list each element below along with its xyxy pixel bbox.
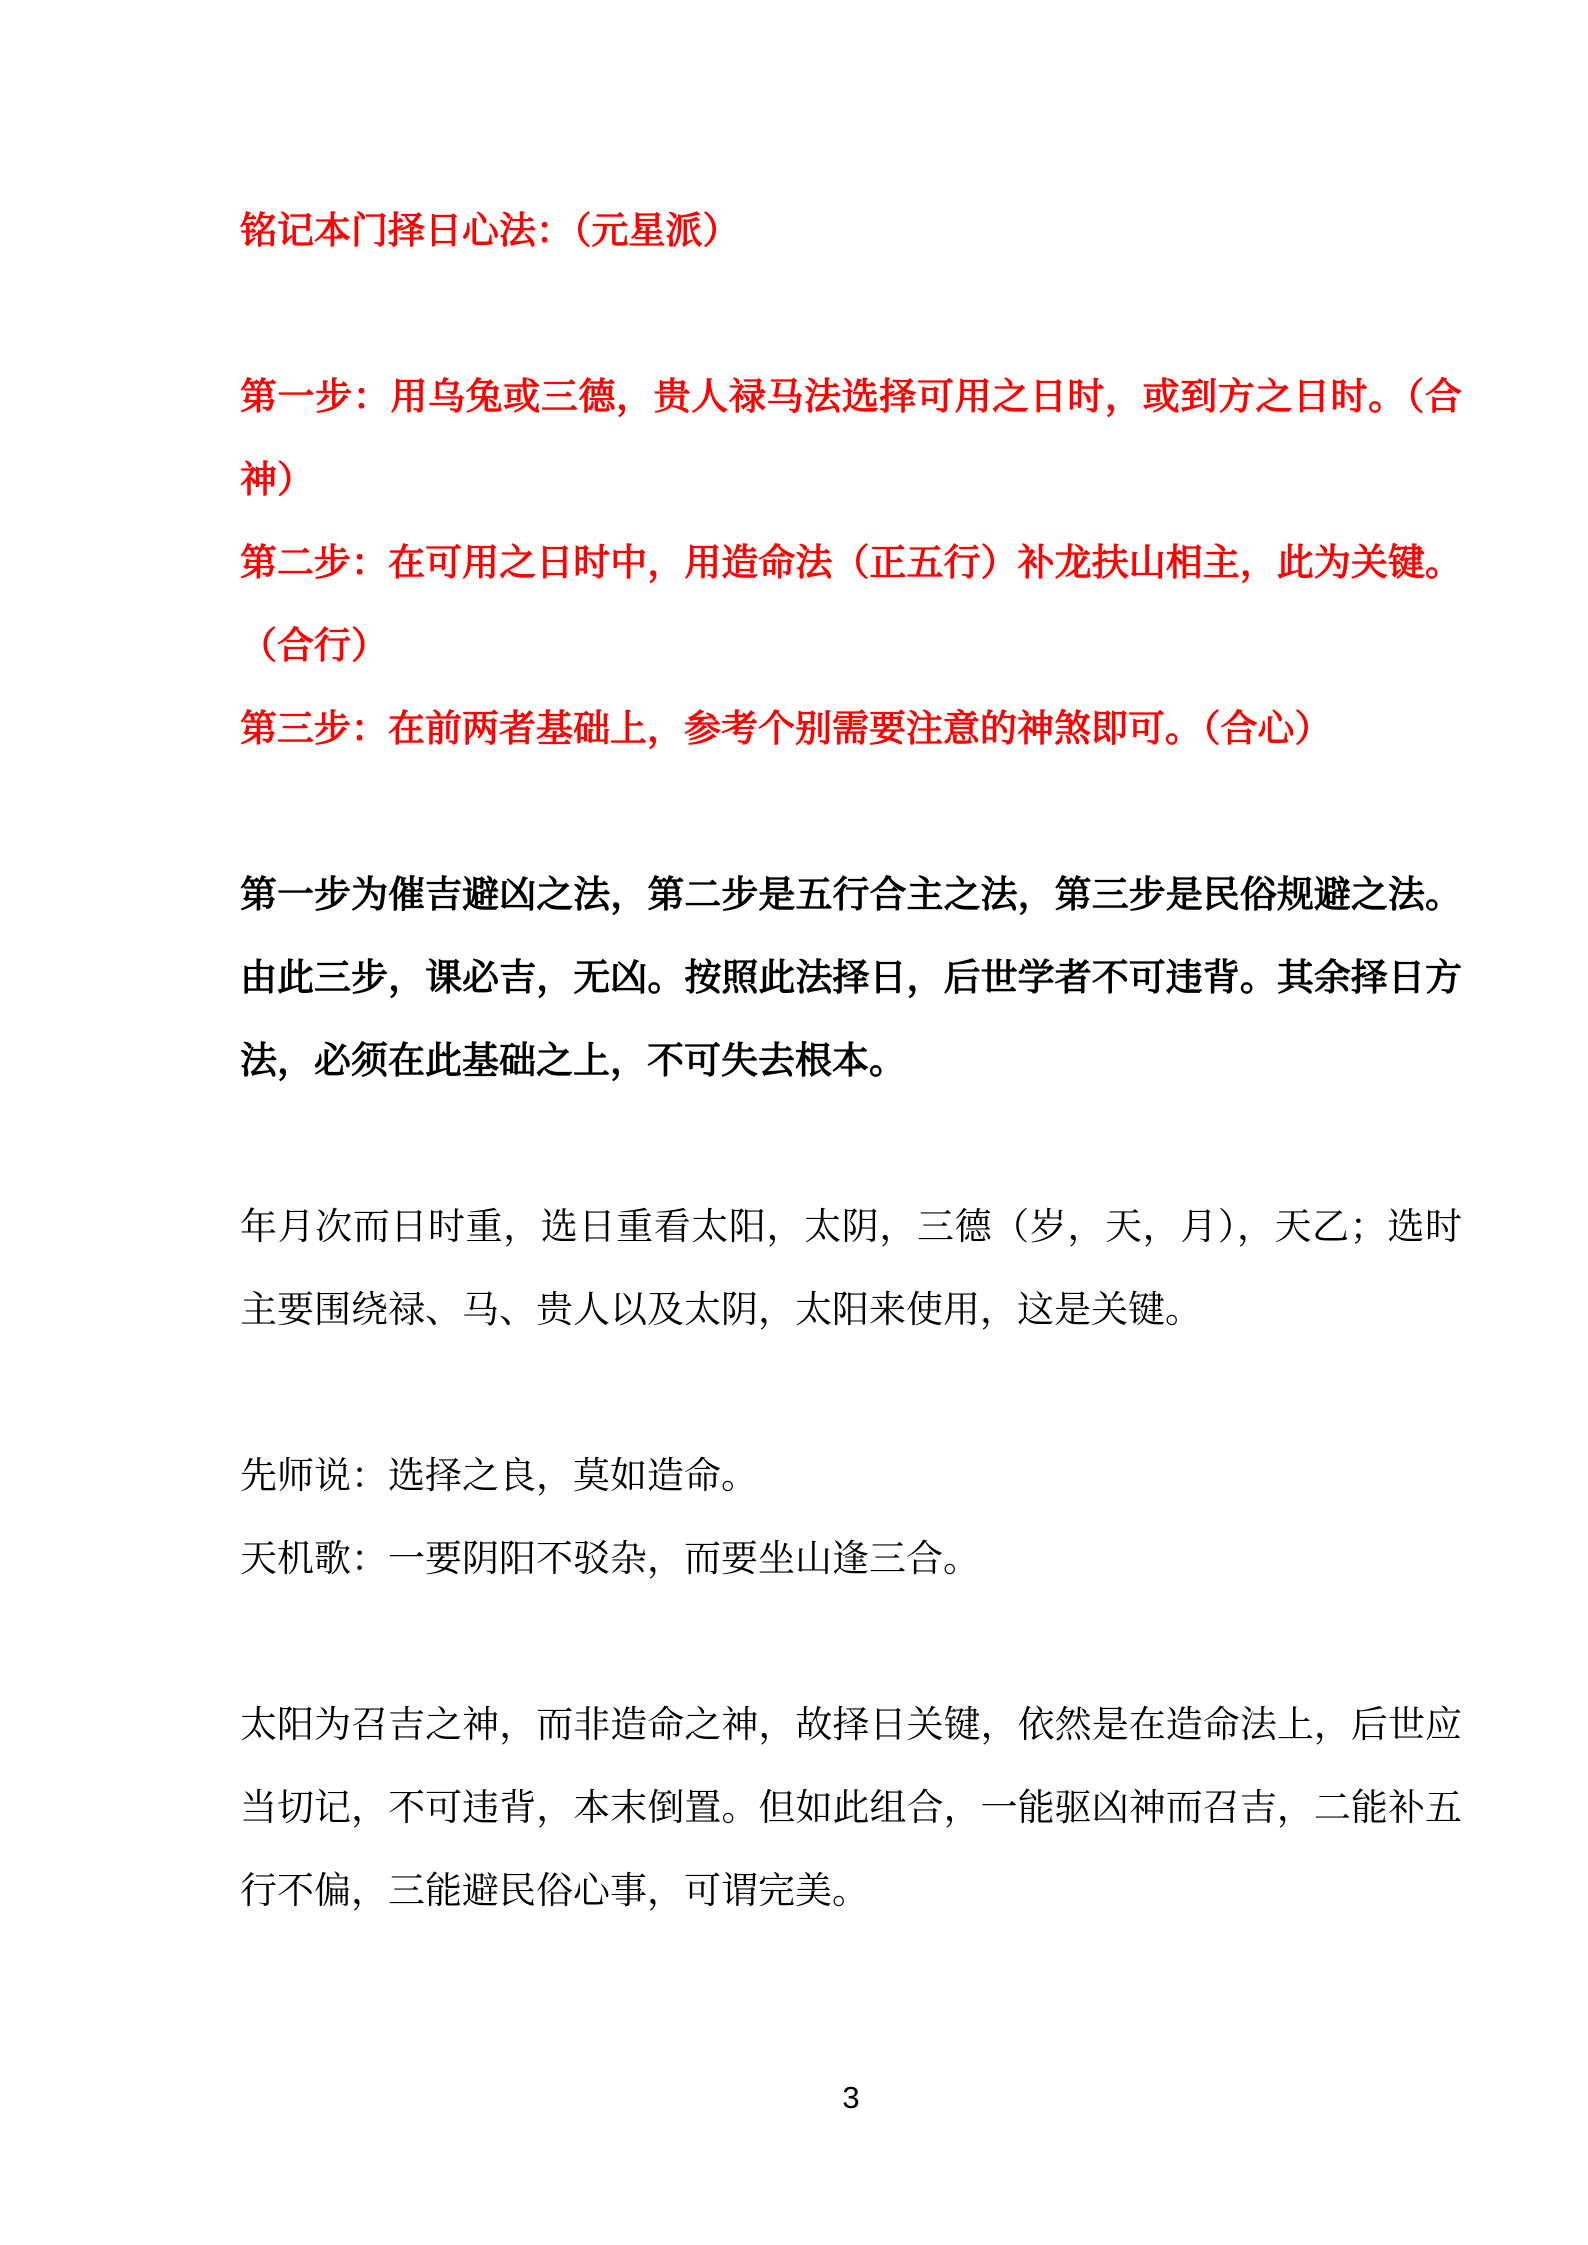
page-number: 3 bbox=[240, 2078, 1462, 2118]
tianji-song-quote: 天机歌：一要阴阳不驳杂，而要坐山逢三合。 bbox=[240, 1518, 1462, 1601]
blank-line bbox=[240, 273, 1462, 356]
closing-line3: 行不偏，三能避民俗心事，可谓完美。 bbox=[240, 1850, 1462, 1933]
summary-line2: 由此三步，课必吉，无凶。按照此法择日，后世学者不可违背。其余择日方 bbox=[240, 937, 1462, 1020]
summary-line3: 法，必须在此基础之上，不可失去根本。 bbox=[240, 1020, 1462, 1103]
closing-line1: 太阳为召吉之神，而非造命之神，故择日关键，依然是在造命法上，后世应 bbox=[240, 1684, 1462, 1767]
master-quote: 先师说：选择之良，莫如造命。 bbox=[240, 1435, 1462, 1518]
summary-line1: 第一步为催吉避凶之法，第二步是五行合主之法，第三步是民俗规避之法。 bbox=[240, 854, 1462, 937]
step2-line2: （合行） bbox=[240, 605, 1462, 688]
blank-line bbox=[240, 1601, 1462, 1684]
document-title: 铭记本门择日心法：（元星派） bbox=[240, 190, 1462, 273]
priority-line2: 主要围绕禄、马、贵人以及太阴，太阳来使用，这是关键。 bbox=[240, 1269, 1462, 1352]
blank-line bbox=[240, 1352, 1462, 1435]
blank-line bbox=[240, 1103, 1462, 1186]
step1-line2: 神） bbox=[240, 439, 1462, 522]
step3-line1: 第三步：在前两者基础上，参考个别需要注意的神煞即可。（合心） bbox=[240, 688, 1462, 771]
step2-line1: 第二步：在可用之日时中，用造命法（正五行）补龙扶山相主，此为关键。 bbox=[240, 522, 1462, 605]
document-content: 铭记本门择日心法：（元星派） 第一步：用乌兔或三德，贵人禄马法选择可用之日时，或… bbox=[240, 190, 1462, 1933]
step1-line1: 第一步：用乌兔或三德，贵人禄马法选择可用之日时，或到方之日时。（合 bbox=[240, 356, 1462, 439]
closing-line2: 当切记，不可违背，本末倒置。但如此组合，一能驱凶神而召吉，二能补五 bbox=[240, 1767, 1462, 1850]
blank-line bbox=[240, 771, 1462, 854]
document-page: 铭记本门择日心法：（元星派） 第一步：用乌兔或三德，贵人禄马法选择可用之日时，或… bbox=[0, 0, 1588, 2245]
priority-line1: 年月次而日时重，选日重看太阳，太阴，三德（岁，天，月），天乙；选时 bbox=[240, 1186, 1462, 1269]
